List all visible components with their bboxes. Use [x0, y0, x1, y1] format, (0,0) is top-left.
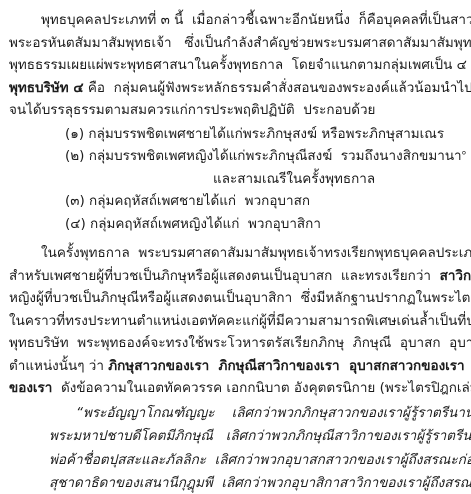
- list-item: (๒) กลุ่มบรรพชิตเพศหญิงได้แก่พระภิกษุณีส…: [65, 145, 465, 190]
- list-item-number-label: (๔) กลุ่มคฤหัสถ์เพศหญิง: [65, 213, 207, 236]
- text-line: จนได้บรรลุธรรมตามสมควรแก่การประพฤติปฏิบั…: [9, 99, 465, 122]
- text-line: พ่อค้าชื่อตปุสสะและภัลลิกะ เลิศกว่าพวกอุ…: [49, 449, 465, 473]
- text-run: ได้แก่ พวกอุบาสก: [204, 193, 310, 209]
- page: { "page": { "background": "#ffffff", "te…: [0, 0, 471, 494]
- four-assemblies-list: (๑) กลุ่มบรรพชิตเพศชายได้แก่พระภิกษุสงฆ์…: [9, 123, 465, 236]
- text-run: ได้แก่พระภิกษุณีสงฆ์ รวมถึงนางสิกขมานา: [213, 148, 462, 164]
- text-line: หญิงผู้ที่บวชเป็นภิกษุณีหรือผู้แสดงตนเป็…: [9, 287, 465, 310]
- text-run: ในครั้งพุทธกาล พระบรมศาสดาสัมมาสัมพุทธเจ…: [41, 245, 471, 261]
- text-line: “พระอัญญาโกณฑัญญะ เลิศกว่าพวกภิกษุสาวกขอ…: [49, 402, 465, 426]
- text-line: สำหรับเพศชายผู้ที่บวชเป็นภิกษุหรือผู้แสด…: [9, 265, 465, 288]
- text-run: พุทธบริษัท พระพุทธองค์จะทรงใช้พระโวหารตร…: [9, 335, 471, 351]
- text-run: ตำแหน่งนั้นๆ ว่า: [9, 358, 108, 374]
- text-run: ของเรา: [9, 380, 52, 396]
- list-item: (๓) กลุ่มคฤหัสถ์เพศชายได้แก่ พวกอุบาสก: [65, 190, 465, 213]
- text-run: ได้แก่ พวกอุบาสิกา: [207, 216, 321, 232]
- text-run: พระมหาปชาบดีโคตมีภิกษุณี เลิศกว่าพวกภิกษ…: [49, 428, 471, 444]
- list-item-number-label: (๓) กลุ่มคฤหัสถ์เพศชาย: [65, 190, 204, 213]
- text-run: ได้แก่พระภิกษุสงฆ์ หรือพระภิกษุสามเณร: [210, 126, 444, 142]
- text-line: พุทธบริษัท พระพุทธองค์จะทรงใช้พระโวหารตร…: [9, 332, 465, 355]
- text-line: ได้แก่ พวกอุบาสก: [204, 190, 465, 213]
- list-item-description: ได้แก่พระภิกษุณีสงฆ์ รวมถึงนางสิกขมานา๐แ…: [213, 145, 466, 190]
- text-run: สุชาดาธิดาของเสนานีกุฎุมพี เลิศกว่าพวกอุ…: [49, 475, 471, 491]
- text-line: พุทธบุคคลประเภทที่ ๓ นี้ เมื่อกล่าวชี้เฉ…: [9, 9, 465, 32]
- text-line: ตำแหน่งนั้นๆ ว่า ภิกษุสาวกของเรา ภิกษุณี…: [9, 355, 465, 378]
- text-run: พระอรหันตสัมมาสัมพุทธเจ้า ซึ่งเป็นกำลังส…: [9, 35, 471, 51]
- text-run: พ่อค้าชื่อตปุสสะและภัลลิกะ เลิศกว่าพวกอุ…: [49, 452, 471, 468]
- text-run: สำหรับเพศชายผู้ที่บวชเป็นภิกษุหรือผู้แสด…: [9, 268, 440, 284]
- text-line: พุทธธรรมเผยแผ่พระพุทธศาสนาในครั้งพุทธกาล…: [9, 54, 465, 77]
- text-run: และสามเณรีในครั้งพุทธกาล: [213, 171, 375, 187]
- list-item-number-label: (๑) กลุ่มบรรพชิตเพศชาย: [65, 123, 210, 146]
- list-item: (๔) กลุ่มคฤหัสถ์เพศหญิงได้แก่ พวกอุบาสิก…: [65, 213, 465, 236]
- list-item-number-label: (๒) กลุ่มบรรพชิตเพศหญิง: [65, 145, 213, 168]
- text-run: ในคราวที่ทรงประทานตำแหน่งเอตทัคคะแก่ผู้ท…: [9, 313, 471, 329]
- tipitaka-quotation: “พระอัญญาโกณฑัญญะ เลิศกว่าพวกภิกษุสาวกขอ…: [9, 402, 465, 494]
- text-run: ภิกษุสาวกของเรา ภิกษุณีสาวิกาของเรา อุบา…: [108, 358, 471, 374]
- text-line: และสามเณรีในครั้งพุทธกาล: [213, 168, 466, 191]
- document-body: พุทธบุคคลประเภทที่ ๓ นี้ เมื่อกล่าวชี้เฉ…: [0, 0, 471, 494]
- list-item: (๑) กลุ่มบรรพชิตเพศชายได้แก่พระภิกษุสงฆ์…: [65, 123, 465, 146]
- text-run: ดังข้อความในเอตทัคควรรค เอกกนิบาต อังคุต…: [52, 380, 471, 396]
- list-item-description: ได้แก่พระภิกษุสงฆ์ หรือพระภิกษุสามเณร: [210, 123, 465, 146]
- list-item-description: ได้แก่ พวกอุบาสิกา: [207, 213, 465, 236]
- text-line: พระมหาปชาบดีโคตมีภิกษุณี เลิศกว่าพวกภิกษ…: [49, 425, 465, 449]
- text-line: พระอรหันตสัมมาสัมพุทธเจ้า ซึ่งเป็นกำลังส…: [9, 32, 465, 55]
- text-line: ในครั้งพุทธกาล พระบรมศาสดาสัมมาสัมพุทธเจ…: [9, 242, 465, 265]
- paragraph-buddhist-person-type3: พุทธบุคคลประเภทที่ ๓ นี้ เมื่อกล่าวชี้เฉ…: [9, 9, 465, 122]
- text-run: จนได้บรรลุธรรมตามสมควรแก่การประพฤติปฏิบั…: [9, 102, 375, 118]
- text-run: พุทธธรรมเผยแผ่พระพุทธศาสนาในครั้งพุทธกาล…: [9, 57, 471, 73]
- footnote-marker: ๐: [462, 148, 467, 157]
- text-run: สาวิกา: [440, 268, 471, 284]
- list-item-description: ได้แก่ พวกอุบาสก: [204, 190, 465, 213]
- text-line: ในคราวที่ทรงประทานตำแหน่งเอตทัคคะแก่ผู้ท…: [9, 310, 465, 333]
- text-run: พุทธบุคคลประเภทที่ ๓ นี้ เมื่อกล่าวชี้เฉ…: [41, 12, 471, 28]
- text-run: พุทธบริษัท ๔: [9, 80, 84, 96]
- text-run: คือ กลุ่มคนผู้ฟังพระหลักธรรมคำสั่งสอนของ…: [84, 80, 471, 96]
- text-line: สุชาดาธิดาของเสนานีกุฎุมพี เลิศกว่าพวกอุ…: [49, 472, 465, 494]
- text-line: พุทธบริษัท ๔ คือ กลุ่มคนผู้ฟังพระหลักธรร…: [9, 77, 465, 100]
- paragraph-savaka-savika: ในครั้งพุทธกาล พระบรมศาสดาสัมมาสัมพุทธเจ…: [9, 242, 465, 400]
- text-line: ได้แก่ พวกอุบาสิกา: [207, 213, 465, 236]
- text-line: ได้แก่พระภิกษุสงฆ์ หรือพระภิกษุสามเณร: [210, 123, 465, 146]
- text-run: “พระอัญญาโกณฑัญญะ เลิศกว่าพวกภิกษุสาวกขอ…: [76, 405, 471, 421]
- text-run: หญิงผู้ที่บวชเป็นภิกษุณีหรือผู้แสดงตนเป็…: [9, 290, 471, 306]
- text-line: ได้แก่พระภิกษุณีสงฆ์ รวมถึงนางสิกขมานา๐: [213, 145, 466, 168]
- text-line: ของเรา ดังข้อความในเอตทัคควรรค เอกกนิบาต…: [9, 377, 465, 400]
